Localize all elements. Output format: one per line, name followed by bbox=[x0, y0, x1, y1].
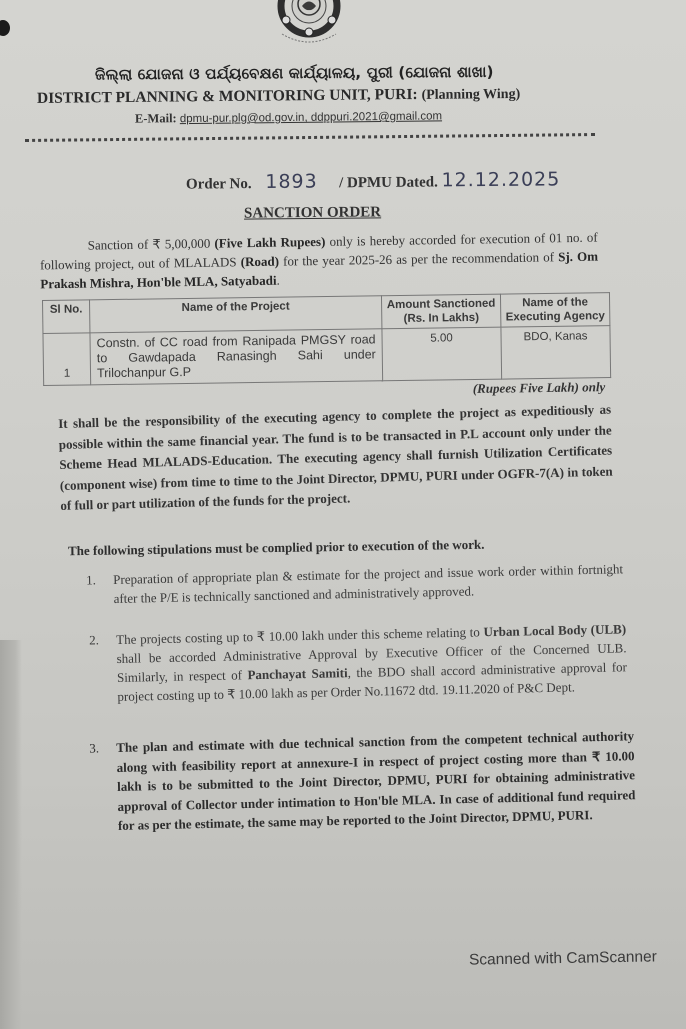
project-table-container: Sl No. Name of the Project Amount Sancti… bbox=[42, 292, 611, 403]
stipulations-heading: The following stipulations must be compl… bbox=[68, 537, 485, 560]
header-agency: Name of the Executing Agency bbox=[500, 293, 609, 328]
sanction-paragraph: Sanction of ₹ 5,00,000 (Five Lakh Rupees… bbox=[40, 228, 599, 294]
cell-sl-no: 1 bbox=[43, 333, 91, 386]
table-row: 1 Constn. of CC road from Ranipada PMGSY… bbox=[43, 326, 611, 386]
intro-scheme-type: (Road) bbox=[241, 254, 280, 270]
dated-value: 12.12.2025 bbox=[441, 168, 560, 191]
intro-text-3: for the year 2025-26 as per the recommen… bbox=[279, 249, 558, 268]
district-emblem-icon bbox=[270, 0, 348, 48]
intro-amount-words: (Five Lakh Rupees) bbox=[214, 234, 325, 251]
header-amount: Amount Sanctioned (Rs. In Lakhs) bbox=[381, 294, 500, 329]
cell-agency: BDO, Kanas bbox=[501, 326, 611, 380]
dated-label: Dated. bbox=[396, 174, 438, 190]
office-title-odia: ଜିଲ୍ଲା ଯୋଜନା ଓ ପର୍ଯ୍ୟବେକ୍ଷଣ କାର୍ଯ୍ୟାଳୟ, … bbox=[95, 62, 555, 83]
stipulation-bold-ulb: Urban Local Body (ULB) bbox=[483, 621, 626, 639]
order-no-label: Order No. bbox=[186, 176, 252, 193]
header-dotted-divider bbox=[25, 115, 595, 142]
stipulation-number: 1. bbox=[86, 570, 96, 589]
stipulation-number: 3. bbox=[89, 738, 99, 758]
scanned-page: ଜିଲ୍ଲା ଯୋଜନା ଓ ପର୍ଯ୍ୟବେକ୍ଷଣ କାର୍ଯ୍ୟାଳୟ, … bbox=[0, 0, 686, 1029]
office-name: DISTRICT PLANNING & MONITORING UNIT, PUR… bbox=[37, 86, 418, 107]
stipulation-item-3: 3. The plan and estimate with due techni… bbox=[116, 726, 636, 835]
order-no-value: 1893 bbox=[255, 170, 335, 193]
header-project-name: Name of the Project bbox=[90, 296, 382, 333]
stipulation-text: The plan and estimate with due technical… bbox=[116, 728, 636, 833]
document-title: SANCTION ORDER bbox=[244, 204, 381, 222]
dept-label: / DPMU bbox=[339, 175, 392, 191]
intro-text-4: . bbox=[276, 273, 279, 288]
stipulation-bold-samiti: Panchayat Samiti bbox=[247, 665, 347, 682]
project-table: Sl No. Name of the Project Amount Sancti… bbox=[42, 292, 611, 386]
scanner-watermark: Scanned with CamScanner bbox=[469, 948, 657, 969]
page-edge-shadow bbox=[0, 640, 22, 1029]
office-wing: (Planning Wing) bbox=[421, 87, 520, 103]
order-line: Order No. 1893 / DPMU Dated. 12.12.2025 bbox=[186, 168, 561, 193]
header-sl-no: Sl No. bbox=[43, 300, 90, 334]
cell-amount: 5.00 bbox=[382, 327, 502, 381]
punch-hole bbox=[0, 20, 10, 36]
office-title-english: DISTRICT PLANNING & MONITORING UNIT, PUR… bbox=[37, 84, 597, 108]
intro-text-1: Sanction of ₹ 5,00,000 bbox=[88, 236, 215, 253]
cell-project-name: Constn. of CC road from Ranipada PMGSY r… bbox=[90, 329, 383, 385]
stipulation-item-1: 1. Preparation of appropriate plan & est… bbox=[113, 559, 624, 608]
stipulation-text: Preparation of appropriate plan & estima… bbox=[113, 561, 623, 606]
responsibility-paragraph: It shall be the responsibility of the ex… bbox=[58, 400, 613, 517]
stipulation-item-2: 2. The projects costing up to ₹ 10.00 la… bbox=[116, 619, 627, 706]
stipulation-number: 2. bbox=[89, 630, 99, 649]
